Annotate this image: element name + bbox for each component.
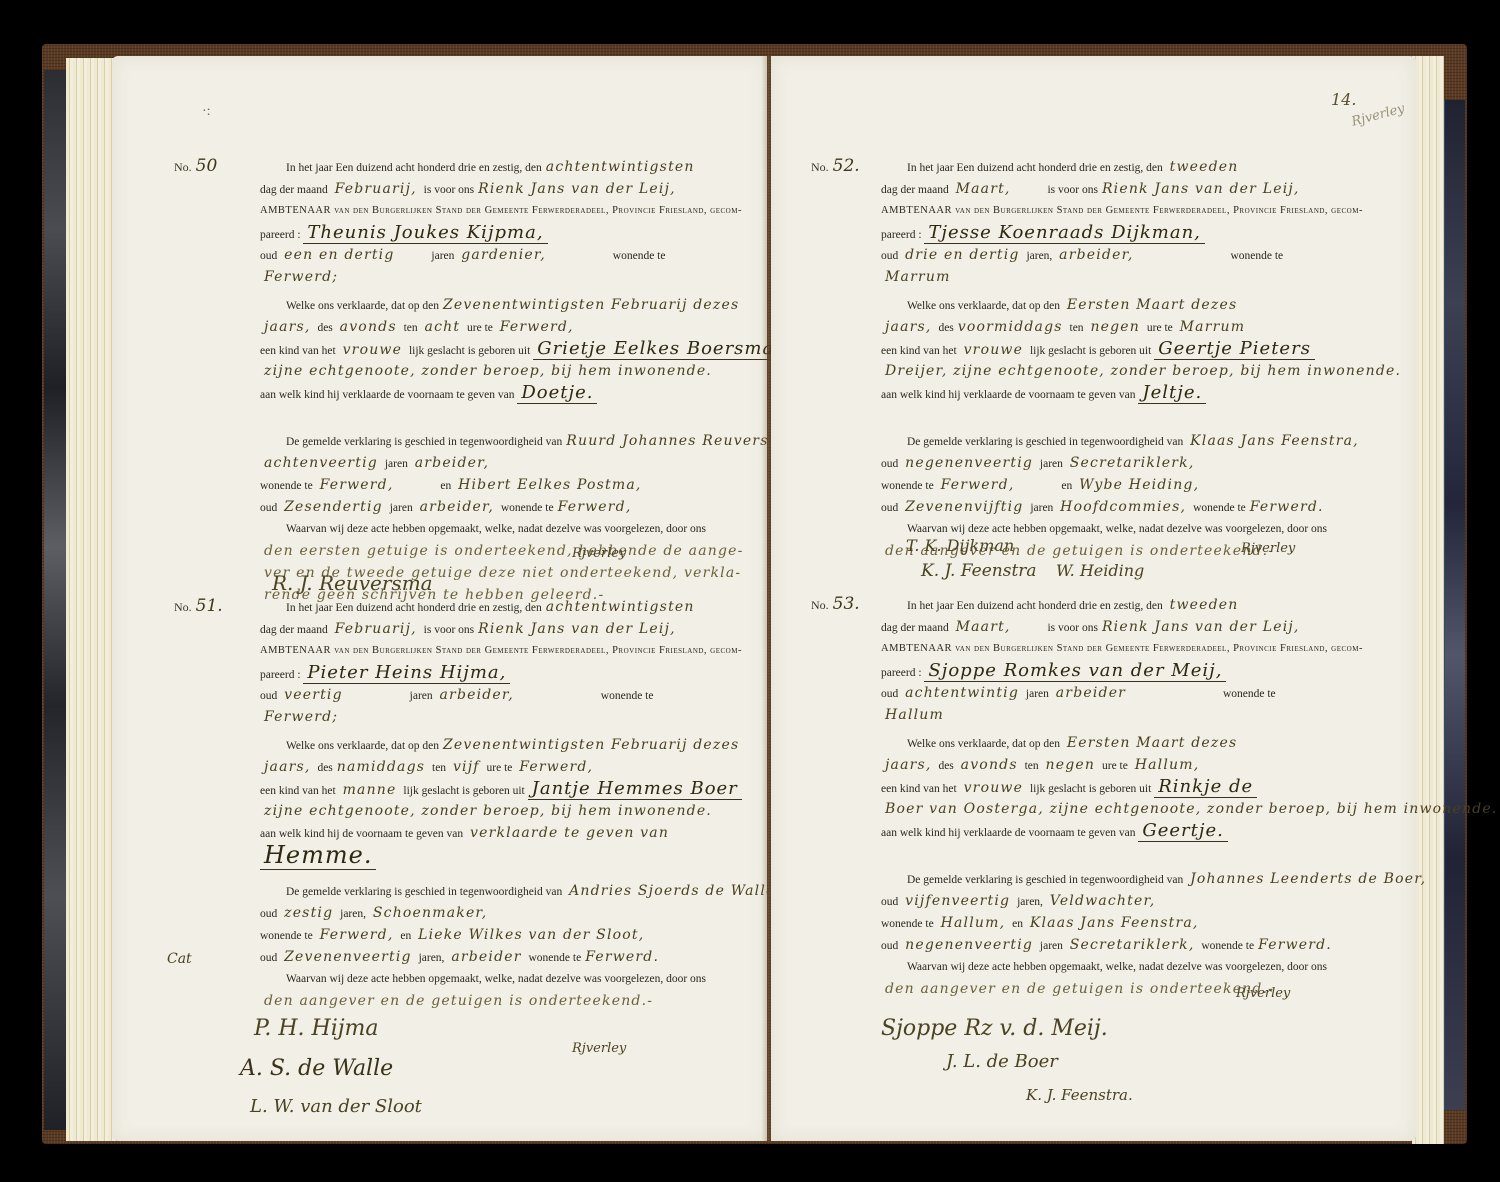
birth-record-53: No.53. In het jaar Een duizend acht hond… [881,594,1386,1000]
signature-witness-2: K. J. Feenstra. [1026,1086,1133,1104]
signature-witness-1: J. L. de Boer [946,1051,1058,1072]
child-name: Jeltje. [1138,382,1206,404]
signature-official: Rjverley [572,546,626,561]
page-stack-left [66,58,116,1141]
signature-declarant: Sjoppe Rz v. d. Meij. [881,1016,1108,1041]
corner-mark: ·: [202,104,211,120]
mother-name: Grietje Eelkes Boersma [533,338,778,360]
child-name: Geertje. [1138,820,1227,842]
mother-name: Rinkje de [1154,776,1257,798]
page-number: 14. [1331,90,1356,109]
child-name: Hemme. [260,841,376,870]
record-number: No.52. [811,156,860,176]
signature-witness: R. J. Reuversma [272,571,433,595]
declarant-name: Sjoppe Romkes van der Meij, [924,660,1226,682]
marbled-edge-left [44,70,66,1130]
signature-declarant: T. K. Dijkman [906,536,1014,555]
declarant-name: Theunis Joukes Kijpma, [303,222,547,244]
declarant-name: Tjesse Koenraads Dijkman, [924,222,1204,244]
signature-official: Rjverley [1241,541,1295,556]
record-number: No.50 [174,156,217,176]
record-number: No.53. [811,594,860,614]
birth-record-50: No.50 In het jaar Een duizend acht honde… [260,156,750,606]
signature-witness-1: K. J. Feenstra [921,561,1037,581]
right-page: 14. Rjverley No.52. In het jaar Een duiz… [771,56,1416,1141]
child-name: Doetje. [517,382,597,404]
birth-record-51: No.51. In het jaar Een duizend acht hond… [260,596,750,1012]
signature-declarant: P. H. Hijma [254,1016,379,1041]
signature-witness-2: L. W. van der Sloot [250,1096,422,1117]
margin-note: Cat [167,951,192,967]
mother-name: Geertje Pieters [1154,338,1315,360]
signature-official: Rjverley [1236,986,1290,1001]
marbled-edge-right [1443,100,1465,1110]
signature-witness-2: W. Heiding [1056,561,1144,580]
left-page: ·: No.50 In het jaar Een duizend acht ho… [112,56,767,1141]
mother-name: Jantje Hemmes Boer [528,778,742,800]
corner-note: Rjverley [1350,101,1406,130]
record-number: No.51. [174,596,223,616]
signature-official: Rjverley [572,1041,626,1056]
page-stack-right [1412,56,1444,1144]
signature-witness-1: A. S. de Walle [240,1056,393,1081]
birth-record-52: No.52. In het jaar Een duizend acht hond… [881,156,1386,562]
declarant-name: Pieter Heins Hijma, [303,662,510,684]
